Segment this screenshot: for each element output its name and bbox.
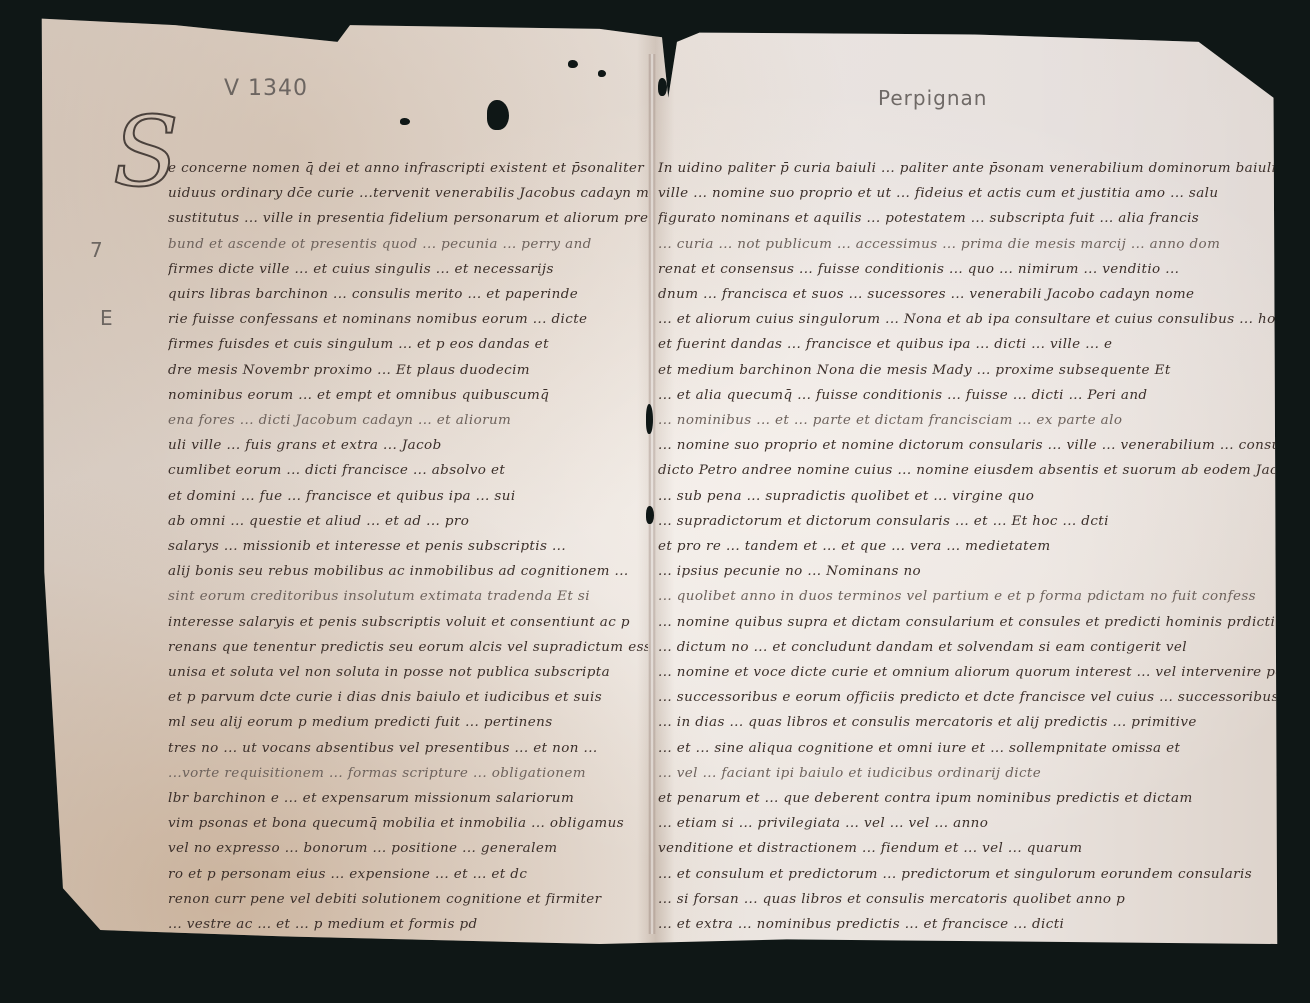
manuscript-line: ... et extra ... nominibus predictis ...… — [658, 916, 1278, 931]
manuscript-line: ro et p personam eius ... expensione ...… — [168, 866, 648, 881]
manuscript-line: ... nomine suo proprio et nomine dictoru… — [658, 438, 1278, 453]
manuscript-line: ena fores ... dicti Jacobum cadayn ... e… — [168, 412, 648, 427]
manuscript-line: ... quolibet anno in duos terminos vel p… — [658, 589, 1278, 604]
manuscript-line: dre mesis Novembr proximo ... Et plaus d… — [168, 362, 648, 377]
manuscript-line: ... sub pena ... supradictis quolibet et… — [658, 488, 1278, 503]
manuscript-line: ... curia ... not publicum ... accessimu… — [658, 236, 1278, 251]
manuscript-line: In uidino paliter p̄ curia baiuli ... pa… — [658, 160, 1278, 175]
manuscript-line: et pro re ... tandem et ... et que ... v… — [658, 538, 1278, 553]
manuscript-line: venditione et distractionem ... fiendum … — [658, 841, 1278, 856]
manuscript-line: salarys ... missionib et interesse et pe… — [168, 538, 648, 553]
damage-hole — [598, 70, 606, 77]
manuscript-line: cumlibet eorum ... dicti francisce ... a… — [168, 463, 648, 478]
manuscript-line: ... vel ... faciant ipi baiulo et iudici… — [658, 765, 1278, 780]
damage-hole — [568, 60, 578, 68]
manuscript-line: sint eorum creditoribus insolutum extima… — [168, 589, 648, 604]
manuscript-line: ... nomine quibus supra et dictam consul… — [658, 614, 1278, 629]
manuscript-line: tres no ... ut vocans absentibus vel pre… — [168, 740, 648, 755]
manuscript-line: vel no expresso ... bonorum ... position… — [168, 841, 648, 856]
manuscript-line: et penarum et ... que deberent contra ip… — [658, 790, 1278, 805]
manuscript-line: ... in dias ... quas libros et consulis … — [658, 715, 1278, 730]
manuscript-line: renon curr pene vel debiti solutionem co… — [168, 891, 648, 906]
damage-hole — [400, 118, 410, 125]
manuscript-line: ... nominibus ... et ... parte et dictam… — [658, 412, 1278, 427]
manuscript-line: renans que tenentur predictis seu eorum … — [168, 639, 648, 654]
manuscript-line: unisa et soluta vel non soluta in posse … — [168, 664, 648, 679]
manuscript-line: ... supradictorum et dictorum consularis… — [658, 513, 1278, 528]
manuscript-line: rie fuisse confessans et nominans nomibu… — [168, 312, 648, 327]
manuscript-line: uiduus ordinary dc̄e curie ...tervenit v… — [168, 186, 648, 201]
manuscript-line: dicto Petro andree nomine cuius ... nomi… — [658, 463, 1278, 478]
manuscript-line: ... et ... sine aliqua cognitione et omn… — [658, 740, 1278, 755]
manuscript-line: et p parvum dcte curie i dias dnis baiul… — [168, 690, 648, 705]
manuscript-line: ... si forsan ... quas libros et consuli… — [658, 891, 1278, 906]
manuscript-line: ... et aliorum cuius singulorum ... Nona… — [658, 312, 1278, 327]
manuscript-line: bund et ascende ot presentis quod ... pe… — [168, 236, 648, 251]
manuscript-line: ... etiam si ... privilegiata ... vel ..… — [658, 816, 1278, 831]
manuscript-line: firmes dicte ville ... et cuius singulis… — [168, 261, 648, 276]
damage-hole — [658, 78, 667, 96]
manuscript-line: firmes fuisdes et cuis singulum ... et p… — [168, 337, 648, 352]
margin-mark-e: E — [100, 306, 114, 330]
manuscript-line: ville ... nomine suo proprio et ut ... f… — [658, 186, 1278, 201]
damage-hole — [487, 100, 509, 130]
manuscript-line: figurato nominans et aquilis ... potesta… — [658, 211, 1278, 226]
manuscript-line: dnum ... francisca et suos ... sucessore… — [658, 286, 1278, 301]
manuscript-line: sustitutus ... ville in presentia fideli… — [168, 211, 648, 226]
place-annotation: Perpignan — [878, 86, 987, 110]
manuscript-line: et medium barchinon Nona die mesis Mady … — [658, 362, 1278, 377]
manuscript-line: interesse salaryis et penis subscriptis … — [168, 614, 648, 629]
manuscript-line: vim psonas et bona quecumq̄ mobilia et i… — [168, 816, 648, 831]
manuscript-line: ... dictum no ... et concludunt dandam e… — [658, 639, 1278, 654]
manuscript-line: et fuerint dandas ... francisce et quibu… — [658, 337, 1278, 352]
manuscript-line: ... successoribus e eorum officiis predi… — [658, 690, 1278, 705]
manuscript-line: nominibus eorum ... et empt et omnibus q… — [168, 387, 648, 402]
manuscript-line: e concerne nomen q̄ dei et anno infrascr… — [168, 160, 648, 175]
manuscript-line: lbr barchinon e ... et expensarum missio… — [168, 790, 648, 805]
manuscript-line: ... vestre ac ... et ... p medium et for… — [168, 916, 648, 931]
manuscript-line: ab omni ... questie et aliud ... et ad .… — [168, 513, 648, 528]
manuscript-line: renat et consensus ... fuisse conditioni… — [658, 261, 1278, 276]
manuscript-line: quirs libras barchinon ... consulis meri… — [168, 286, 648, 301]
manuscript-line: ...vorte requisitionem ... formas script… — [168, 765, 648, 780]
manuscript-line: ... et alia quecumq̄ ... fuisse conditio… — [658, 387, 1278, 402]
manuscript-line: ... ipsius pecunie no ... Nominans no — [658, 564, 1278, 579]
manuscript-line: ... nomine et voce dicte curie et omnium… — [658, 664, 1278, 679]
manuscript-line: ... et consulum et predictorum ... predi… — [658, 866, 1278, 881]
parchment-document: V 1340 Perpignan 7 E S e concerne nomen … — [38, 14, 1286, 944]
manuscript-line: et domini ... fue ... francisce et quibu… — [168, 488, 648, 503]
manuscript-line: uli ville ... fuis grans et extra ... Ja… — [168, 438, 648, 453]
center-fold — [648, 54, 656, 934]
archive-date-annotation: V 1340 — [224, 76, 308, 101]
margin-mark-seven: 7 — [90, 238, 104, 262]
manuscript-line: ml seu alij eorum p medium predicti fuit… — [168, 715, 648, 730]
manuscript-line: alij bonis seu rebus mobilibus ac inmobi… — [168, 564, 648, 579]
